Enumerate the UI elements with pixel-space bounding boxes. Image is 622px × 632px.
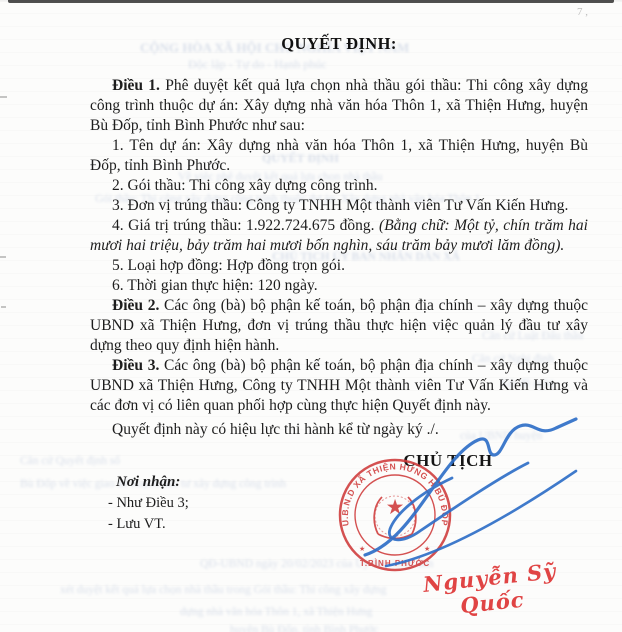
document-title: QUYẾT ĐỊNH: [90, 34, 588, 54]
paragraph-text: 3. Đơn vị trúng thầu: Công ty TNHH Một t… [112, 197, 568, 214]
article-lead: Điều 1. [112, 77, 160, 94]
bleedthrough-line: Căn cứ Quyết định số [20, 455, 120, 467]
paragraph-dieu-1: Điều 1. Phê duyệt kết quả lựa chọn nhà t… [90, 76, 588, 136]
bleedthrough-line: huyện Bù Đốp, tỉnh Bình Phước [230, 624, 378, 632]
paragraph-text: 1. Tên dự án: Xây dựng nhà văn hóa Thôn … [90, 137, 588, 174]
decision-document-body: QUYẾT ĐỊNH: Điều 1. Phê duyệt kết quả lự… [90, 34, 588, 440]
paragraph-item-5: 5. Loại hợp đồng: Hợp đồng trọn gói. [90, 256, 588, 276]
article-lead: Điều 2. [112, 297, 159, 314]
scan-speck [0, 256, 6, 258]
paragraph-text: 2. Gói thầu: Thi công xây dựng công trìn… [112, 177, 378, 194]
recipients-label: Nơi nhận: [108, 472, 189, 493]
paragraph-item-4: 4. Giá trị trúng thầu: 1.922.724.675 đồn… [90, 216, 588, 256]
scan-edge-artifact [8, 0, 614, 3]
recipient-item: - Lưu VT. [108, 514, 189, 535]
paragraph-item-3: 3. Đơn vị trúng thầu: Công ty TNHH Một t… [90, 196, 588, 216]
article-lead: Điều 3. [112, 357, 159, 374]
paragraph-item-6: 6. Thời gian thực hiện: 120 ngày. [90, 276, 588, 296]
paragraph-dieu-2: Điều 2. Các ông (bà) bộ phận kế toán, bộ… [90, 296, 588, 356]
paragraph-item-1: 1. Tên dự án: Xây dựng nhà văn hóa Thôn … [90, 136, 588, 176]
scan-speck [0, 96, 7, 98]
bleedthrough-line: xét duyệt kết quả lựa chọn nhà thầu tron… [60, 584, 387, 596]
paragraph-text: 4. Giá trị trúng thầu: 1.922.724.675 đồn… [112, 217, 379, 234]
paragraph-text: 5. Loại hợp đồng: Hợp đồng trọn gói. [112, 257, 345, 274]
signature-ink [340, 395, 600, 580]
recipient-item: - Như Điều 3; [108, 493, 189, 514]
bleedthrough-line: dựng nhà văn hóa Thôn 1, xã Thiện Hưng [180, 606, 373, 618]
scan-speck: 7 , [577, 6, 588, 18]
paragraph-text: Phê duyệt kết quả lựa chọn nhà thầu gói … [90, 77, 588, 134]
paragraph-item-2: 2. Gói thầu: Thi công xây dựng công trìn… [90, 176, 588, 196]
paragraph-text: 6. Thời gian thực hiện: 120 ngày. [112, 277, 318, 294]
recipients-block: Nơi nhận: - Như Điều 3; - Lưu VT. [108, 472, 189, 535]
scan-speck [1, 306, 6, 308]
paragraph-text: Các ông (bà) bộ phận kế toán, bộ phận đị… [90, 297, 588, 354]
